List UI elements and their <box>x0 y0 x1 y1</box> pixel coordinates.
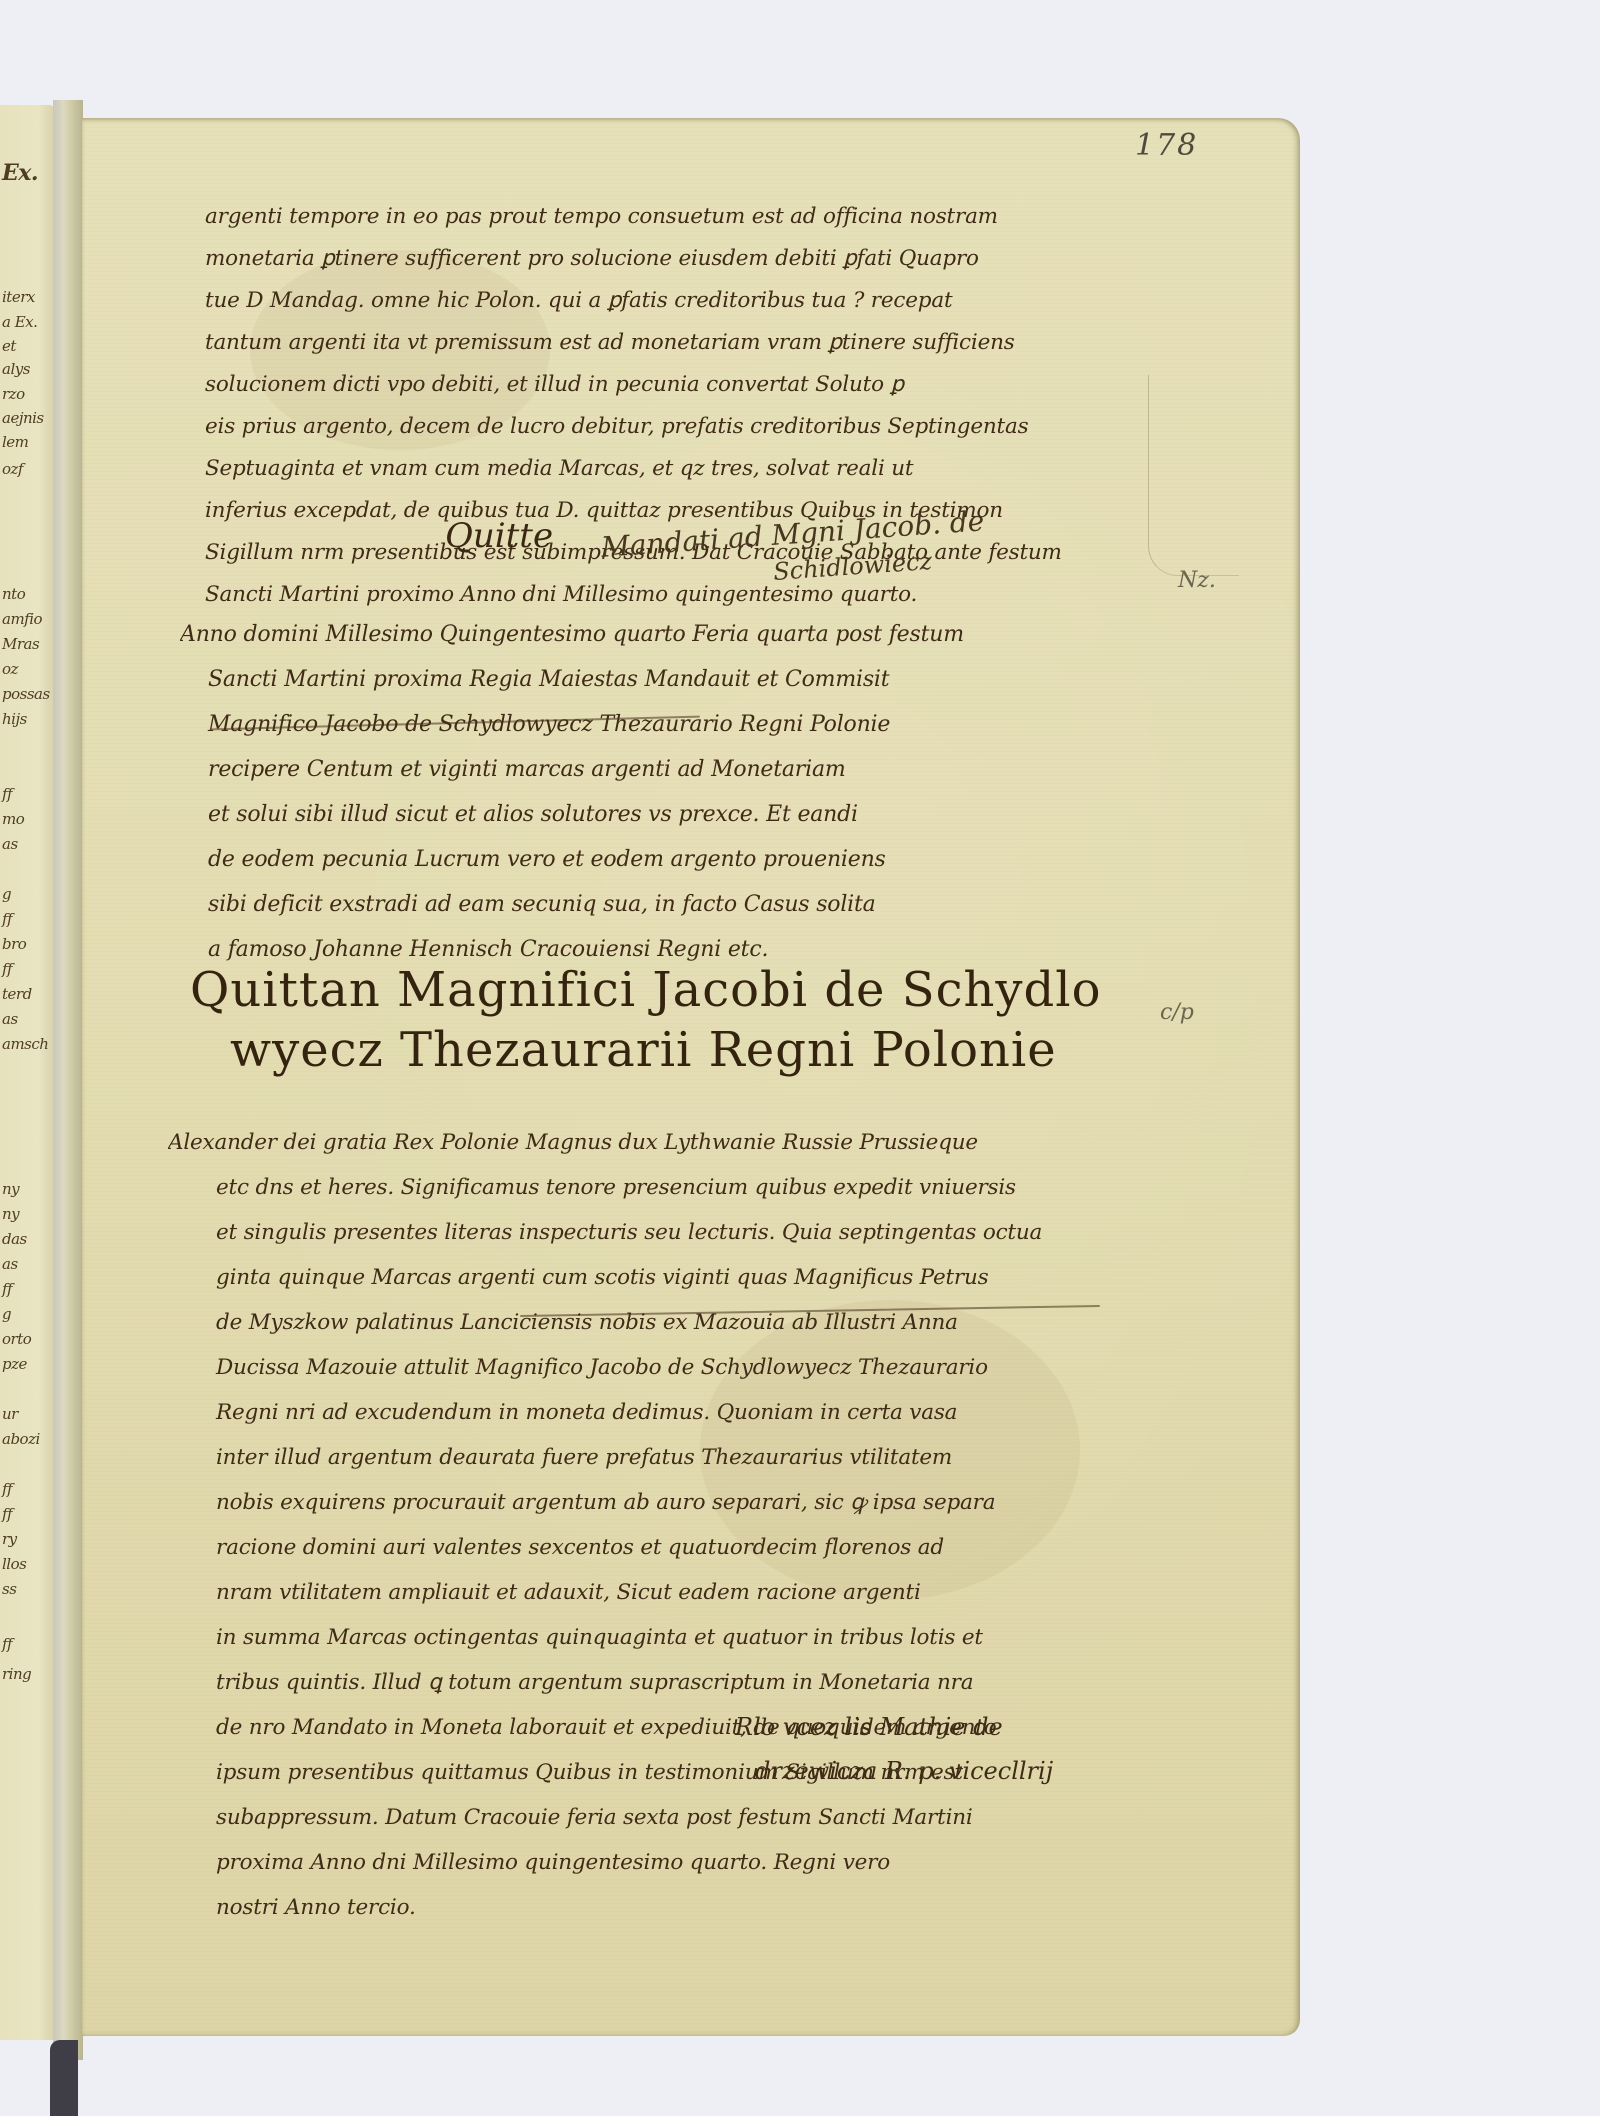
signature-line-1: Rlo vcez lis Mathie de <box>735 1713 1003 1741</box>
facing-page-fragment: bro <box>2 935 26 953</box>
text-line: solucionem dicti vpo debiti, et illud in… <box>205 364 1135 406</box>
facing-page-fragment: rzo <box>2 385 25 403</box>
text-line: nostri Anno tercio. <box>168 1885 1128 1930</box>
book-gutter <box>53 100 83 2060</box>
text-line: in summa Marcas octingentas quinquaginta… <box>168 1615 1128 1660</box>
facing-page-fragment: amsch <box>2 1035 48 1053</box>
facing-page-fragment: alys <box>2 360 30 378</box>
facing-page-fragment: ur <box>2 1405 18 1423</box>
facing-page-fragment: ff <box>2 1505 12 1523</box>
text-line: eis prius argento, decem de lucro debitu… <box>205 406 1135 448</box>
signature-line-2: drzewicza R. p. vicecllrij <box>735 1749 1053 1793</box>
folio-number: 178 <box>1135 128 1198 163</box>
text-line: sibi deficit exstradi ad eam secuniq sua… <box>180 882 1140 927</box>
text-line: de eodem pecunia Lucrum vero et eodem ar… <box>180 837 1140 882</box>
facing-page-fragment: lem <box>2 433 28 451</box>
text-line: monetaria ꝑtinere sufficerent pro soluci… <box>205 238 1135 280</box>
facing-page-fragment: mo <box>2 810 24 828</box>
facing-page-fragment: llos <box>2 1555 26 1573</box>
text-line: nram vtilitatem ampliauit et adauxit, Si… <box>168 1570 1128 1615</box>
text-line: Regni nri ad excudendum in moneta dedimu… <box>168 1390 1128 1435</box>
text-line: proxima Anno dni Millesimo quingentesimo… <box>168 1840 1128 1885</box>
entry-2-text: Anno domini Millesimo Quingentesimo quar… <box>180 612 1140 972</box>
facing-page-fragment: das <box>2 1230 27 1248</box>
text-line: ginta quinque Marcas argenti cum scotis … <box>168 1255 1128 1300</box>
margin-note: Nz. <box>1178 568 1216 593</box>
text-line: Septuaginta et vnam cum media Marcas, et… <box>205 448 1135 490</box>
facing-page-fragment: a Ex. <box>2 313 37 331</box>
text-line: Ducissa Mazouie attulit Magnifico Jacobo… <box>168 1345 1128 1390</box>
facing-page-fragment: ss <box>2 1580 16 1598</box>
facing-page-fragment: iterx <box>2 288 35 306</box>
quittance-title: Quittan Magnifici Jacobi de Schydlo wyec… <box>190 960 1150 1080</box>
text-line: etc dns et heres. Significamus tenore pr… <box>168 1165 1128 1210</box>
text-line: Sancti Martini proxima Regia Maiestas Ma… <box>180 657 1140 702</box>
text-line: argenti tempore in eo pas prout tempo co… <box>205 196 1135 238</box>
facing-page-fragment: ozf <box>2 460 23 478</box>
facing-page-fragment: nto <box>2 585 25 603</box>
text-line: et solui sibi illud sicut et alios solut… <box>180 792 1140 837</box>
facing-page-fragment: pze <box>2 1355 27 1373</box>
facing-page-fragment: hijs <box>2 710 27 728</box>
facing-page-fragment: ny <box>2 1180 19 1198</box>
facing-page-fragment: possas <box>2 685 50 703</box>
facing-page-fragment: ring <box>2 1665 31 1683</box>
bookmark-ribbon <box>50 2040 78 2116</box>
margin-note: c/p <box>1160 1000 1194 1025</box>
facing-page-fragment: ny <box>2 1205 19 1223</box>
text-line: et singulis presentes literas inspecturi… <box>168 1210 1128 1255</box>
facing-page-fragment: oz <box>2 660 18 678</box>
quittance-heading: Quitte <box>445 516 553 556</box>
text-line: racione domini auri valentes sexcentos e… <box>168 1525 1128 1570</box>
title-line-1: Quittan Magnifici Jacobi de Schydlo <box>190 960 1150 1020</box>
facing-page-fragment: ff <box>2 1480 12 1498</box>
text-line: Anno domini Millesimo Quingentesimo quar… <box>180 612 1140 657</box>
facing-page-fragment: amfio <box>2 610 42 628</box>
facing-page-fragment: terd <box>2 985 32 1003</box>
facing-page-fragment: as <box>2 835 18 853</box>
text-line: nobis exquirens procurauit argentum ab a… <box>168 1480 1128 1525</box>
text-line: tribus quintis. Illud ꝗ totum argentum s… <box>168 1660 1128 1705</box>
text-line: Alexander dei gratia Rex Polonie Magnus … <box>168 1120 1128 1165</box>
facing-page-fragment: aejnis <box>2 409 44 427</box>
facing-page-strip: Ex. iterx a Ex. et alys rzo aejnis lem o… <box>0 105 55 2040</box>
facing-page-fragment: ff <box>2 785 12 803</box>
facing-page-fragment: g <box>2 1305 11 1323</box>
entry-3-text: Alexander dei gratia Rex Polonie Magnus … <box>168 1120 1128 1930</box>
facing-page-fragment: ff <box>2 1280 12 1298</box>
facing-page-fragment: Mras <box>2 635 39 653</box>
text-line: tantum argenti ita vt premissum est ad m… <box>205 322 1135 364</box>
text-line: tue D Mandag. omne hic Polon. qui a ꝑfat… <box>205 280 1135 322</box>
facing-page-fragment: orto <box>2 1330 31 1348</box>
text-line: subappressum. Datum Cracouie feria sexta… <box>168 1795 1128 1840</box>
facing-page-fragment: abozi <box>2 1430 40 1448</box>
title-line-2: wyecz Thezaurarii Regni Polonie <box>190 1020 1150 1080</box>
facing-page-fragment: Ex. <box>2 160 38 186</box>
facing-page-fragment: g <box>2 885 11 903</box>
paper-repair-line <box>1148 375 1239 576</box>
facing-page-fragment: as <box>2 1255 18 1273</box>
facing-page-fragment: ff <box>2 960 12 978</box>
facing-page-fragment: ff <box>2 910 12 928</box>
facing-page-fragment: et <box>2 337 16 355</box>
text-line: recipere Centum et viginti marcas argent… <box>180 747 1140 792</box>
facing-page-fragment: ff <box>2 1635 12 1653</box>
facing-page-fragment: ry <box>2 1530 17 1548</box>
chancellery-signature: Rlo vcez lis Mathie de drzewicza R. p. v… <box>735 1705 1053 1793</box>
facing-page-fragment: as <box>2 1010 18 1028</box>
text-line: inter illud argentum deaurata fuere pref… <box>168 1435 1128 1480</box>
